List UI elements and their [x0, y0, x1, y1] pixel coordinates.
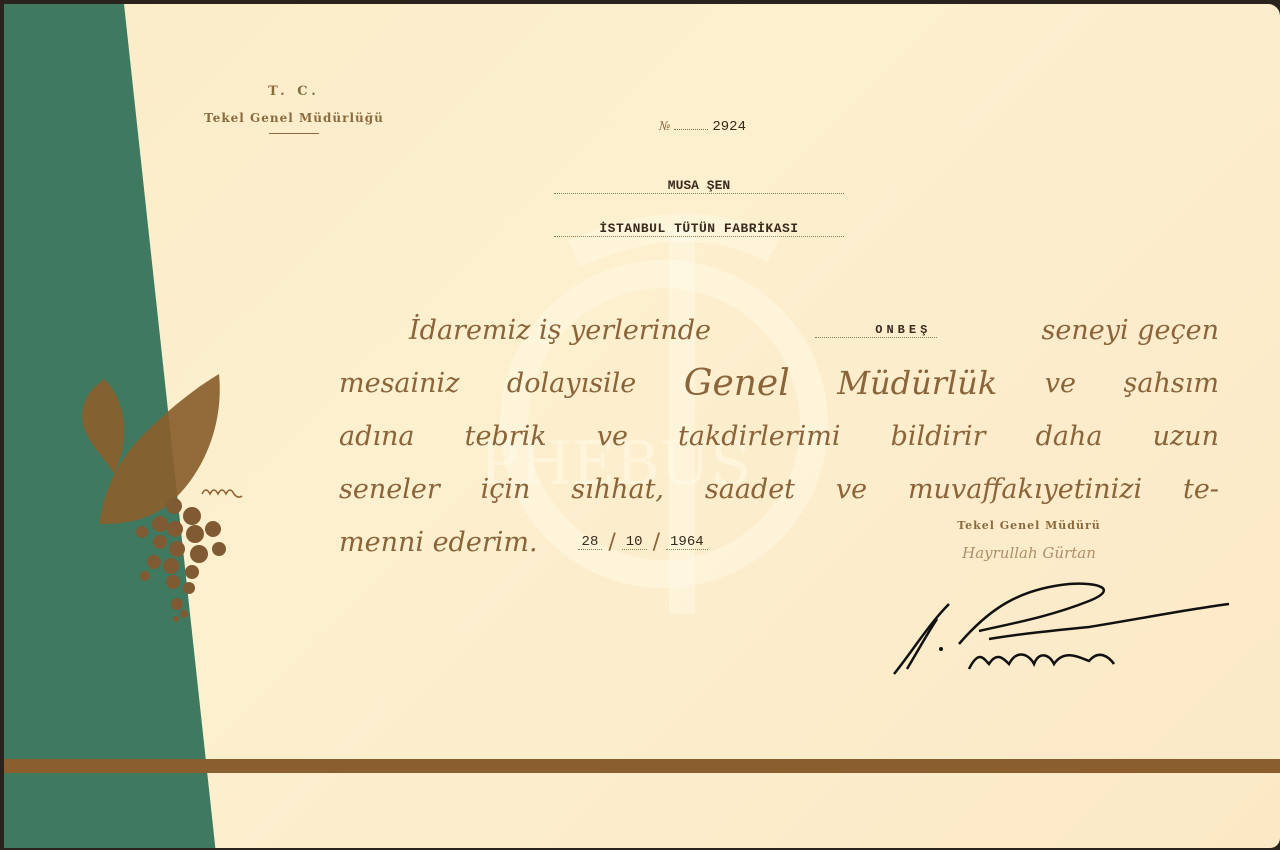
word: dolayısile: [507, 357, 636, 410]
date-separator: /: [608, 516, 615, 569]
word: Genel: [684, 357, 790, 410]
recipient-workplace: İSTANBUL TÜTÜN FABRİKASI: [554, 222, 844, 237]
body-text-segment: İdaremiz iş yerlerinde: [409, 304, 711, 357]
date-month: 10: [622, 535, 647, 550]
gold-horizontal-rule: [4, 759, 1280, 773]
date-year: 1964: [666, 535, 708, 550]
state-abbreviation: T. C.: [194, 84, 394, 99]
word: takdirlerimi: [678, 410, 841, 463]
issue-date: 28 / 10 / 1964: [578, 516, 708, 569]
tobacco-leaf-grape-emblem-icon: [74, 364, 244, 624]
word: mesainiz: [339, 357, 459, 410]
date-separator: /: [653, 516, 660, 569]
word: daha: [1036, 410, 1103, 463]
header-ornament-divider: [269, 133, 319, 134]
word: uzun: [1153, 410, 1219, 463]
body-line-1: İdaremiz iş yerlerinde ONBEŞ seneyi geçe…: [339, 304, 1219, 357]
word: muvaffakıyetinizi: [908, 463, 1142, 516]
word: ve: [597, 410, 628, 463]
word: ve: [836, 463, 867, 516]
issuer-header: T. C. Tekel Genel Müdürlüğü: [194, 84, 394, 134]
word: için: [481, 463, 531, 516]
body-text-segment: seneyi geçen: [1042, 304, 1219, 357]
body-text-segment: menni ederim.: [339, 516, 538, 569]
word: seneler: [339, 463, 440, 516]
signatory-printed-name: Hayrullah Gürtan: [924, 544, 1134, 562]
document-number-value: 2924: [712, 119, 746, 135]
date-day: 28: [578, 535, 603, 550]
word: adına: [339, 410, 415, 463]
body-line-3: adına tebrik ve takdirlerimi bildirir da…: [339, 410, 1219, 463]
word: saadet: [705, 463, 795, 516]
signatory-title: Tekel Genel Müdürü: [924, 519, 1134, 532]
word: şahsım: [1124, 357, 1219, 410]
signatory-block: Tekel Genel Müdürü Hayrullah Gürtan: [924, 519, 1134, 562]
recipient-name: MUSA ŞEN: [554, 179, 844, 194]
dotted-leader: [674, 129, 708, 130]
word: ve: [1045, 357, 1076, 410]
word: te-: [1183, 463, 1219, 516]
body-line-2: mesainiz dolayısile Genel Müdürlük ve şa…: [339, 357, 1219, 410]
document-number: №2924: [659, 119, 746, 135]
handwritten-signature-icon: [889, 579, 1239, 689]
organization-name: Tekel Genel Müdürlüğü: [194, 111, 394, 125]
numero-symbol: №: [659, 119, 670, 133]
word: tebrik: [465, 410, 547, 463]
word: Müdürlük: [837, 357, 997, 410]
body-line-4: seneler için sıhhat, saadet ve muvaffakı…: [339, 463, 1219, 516]
certificate-paper: PHEBUS T. C. Tekel Genel Müdürlüğü №2924…: [4, 4, 1280, 848]
years-of-service-field: ONBEŞ: [815, 323, 937, 338]
word: sıhhat,: [571, 463, 664, 516]
word: bildirir: [891, 410, 986, 463]
